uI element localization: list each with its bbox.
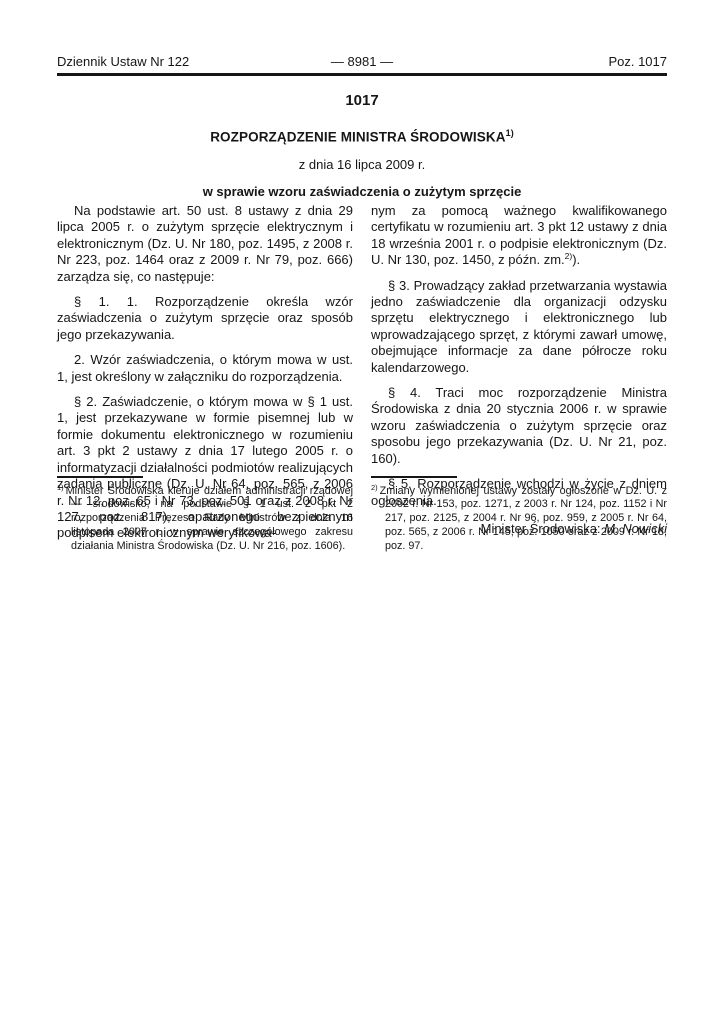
act-title-footnote-ref: 1) — [506, 128, 514, 138]
page-number: — 8981 — — [57, 54, 667, 69]
paragraph-1-1: § 1. 1. Rozporządzenie określa wzór zaśw… — [57, 294, 353, 343]
act-title: ROZPORZĄDZENIE MINISTRA ŚRODOWISKA1) — [57, 125, 667, 146]
footnote-1: 1)Minister Środowiska kieruje działem ad… — [57, 485, 353, 554]
footnote-block-1: 1)Minister Środowiska kieruje działem ad… — [57, 476, 353, 553]
paragraph-legal-basis: Na podstawie art. 50 ust. 8 ustawy z dni… — [57, 203, 353, 285]
document-page: Dziennik Ustaw Nr 122 — 8981 — Poz. 1017… — [0, 0, 724, 1024]
paragraph-4: § 4. Traci moc rozporządzenie Ministra Ś… — [371, 385, 667, 467]
footnote-1-text: Minister Środowiska kieruje działem admi… — [66, 485, 353, 552]
title-block: 1017 ROZPORZĄDZENIE MINISTRA ŚRODOWISKA1… — [57, 92, 667, 200]
header-rule — [57, 73, 667, 76]
running-head: Dziennik Ustaw Nr 122 — 8981 — Poz. 1017 — [57, 54, 667, 69]
act-subject: w sprawie wzoru zaświadczenia o zużytym … — [57, 184, 667, 200]
paragraph-3: § 3. Prowadzący zakład przetwarzania wys… — [371, 278, 667, 376]
act-title-text: ROZPORZĄDZENIE MINISTRA ŚRODOWISKA — [210, 130, 505, 145]
footnote-2-text: Zmiany wymienionej ustawy zostały ogłosz… — [380, 485, 667, 552]
continuation-text-end: ). — [572, 252, 580, 267]
footnote-2-marker: 2) — [371, 483, 380, 492]
continuation-text: nym za pomocą ważnego kwalifikowanego ce… — [371, 203, 667, 267]
footnote-rule-1 — [57, 476, 143, 478]
paragraph-2-continuation: nym za pomocą ważnego kwalifikowanego ce… — [371, 203, 667, 269]
footnote-block-2: 2)Zmiany wymienionej ustawy zostały ogło… — [371, 476, 667, 553]
footnote-1-marker: 1) — [57, 483, 66, 492]
paragraph-1-2: 2. Wzór zaświadczenia, o którym mowa w u… — [57, 352, 353, 385]
footnote-rule-2 — [371, 476, 457, 478]
footnote-2: 2)Zmiany wymienionej ustawy zostały ogło… — [371, 485, 667, 554]
act-date: z dnia 16 lipca 2009 r. — [57, 157, 667, 173]
act-number: 1017 — [57, 92, 667, 110]
